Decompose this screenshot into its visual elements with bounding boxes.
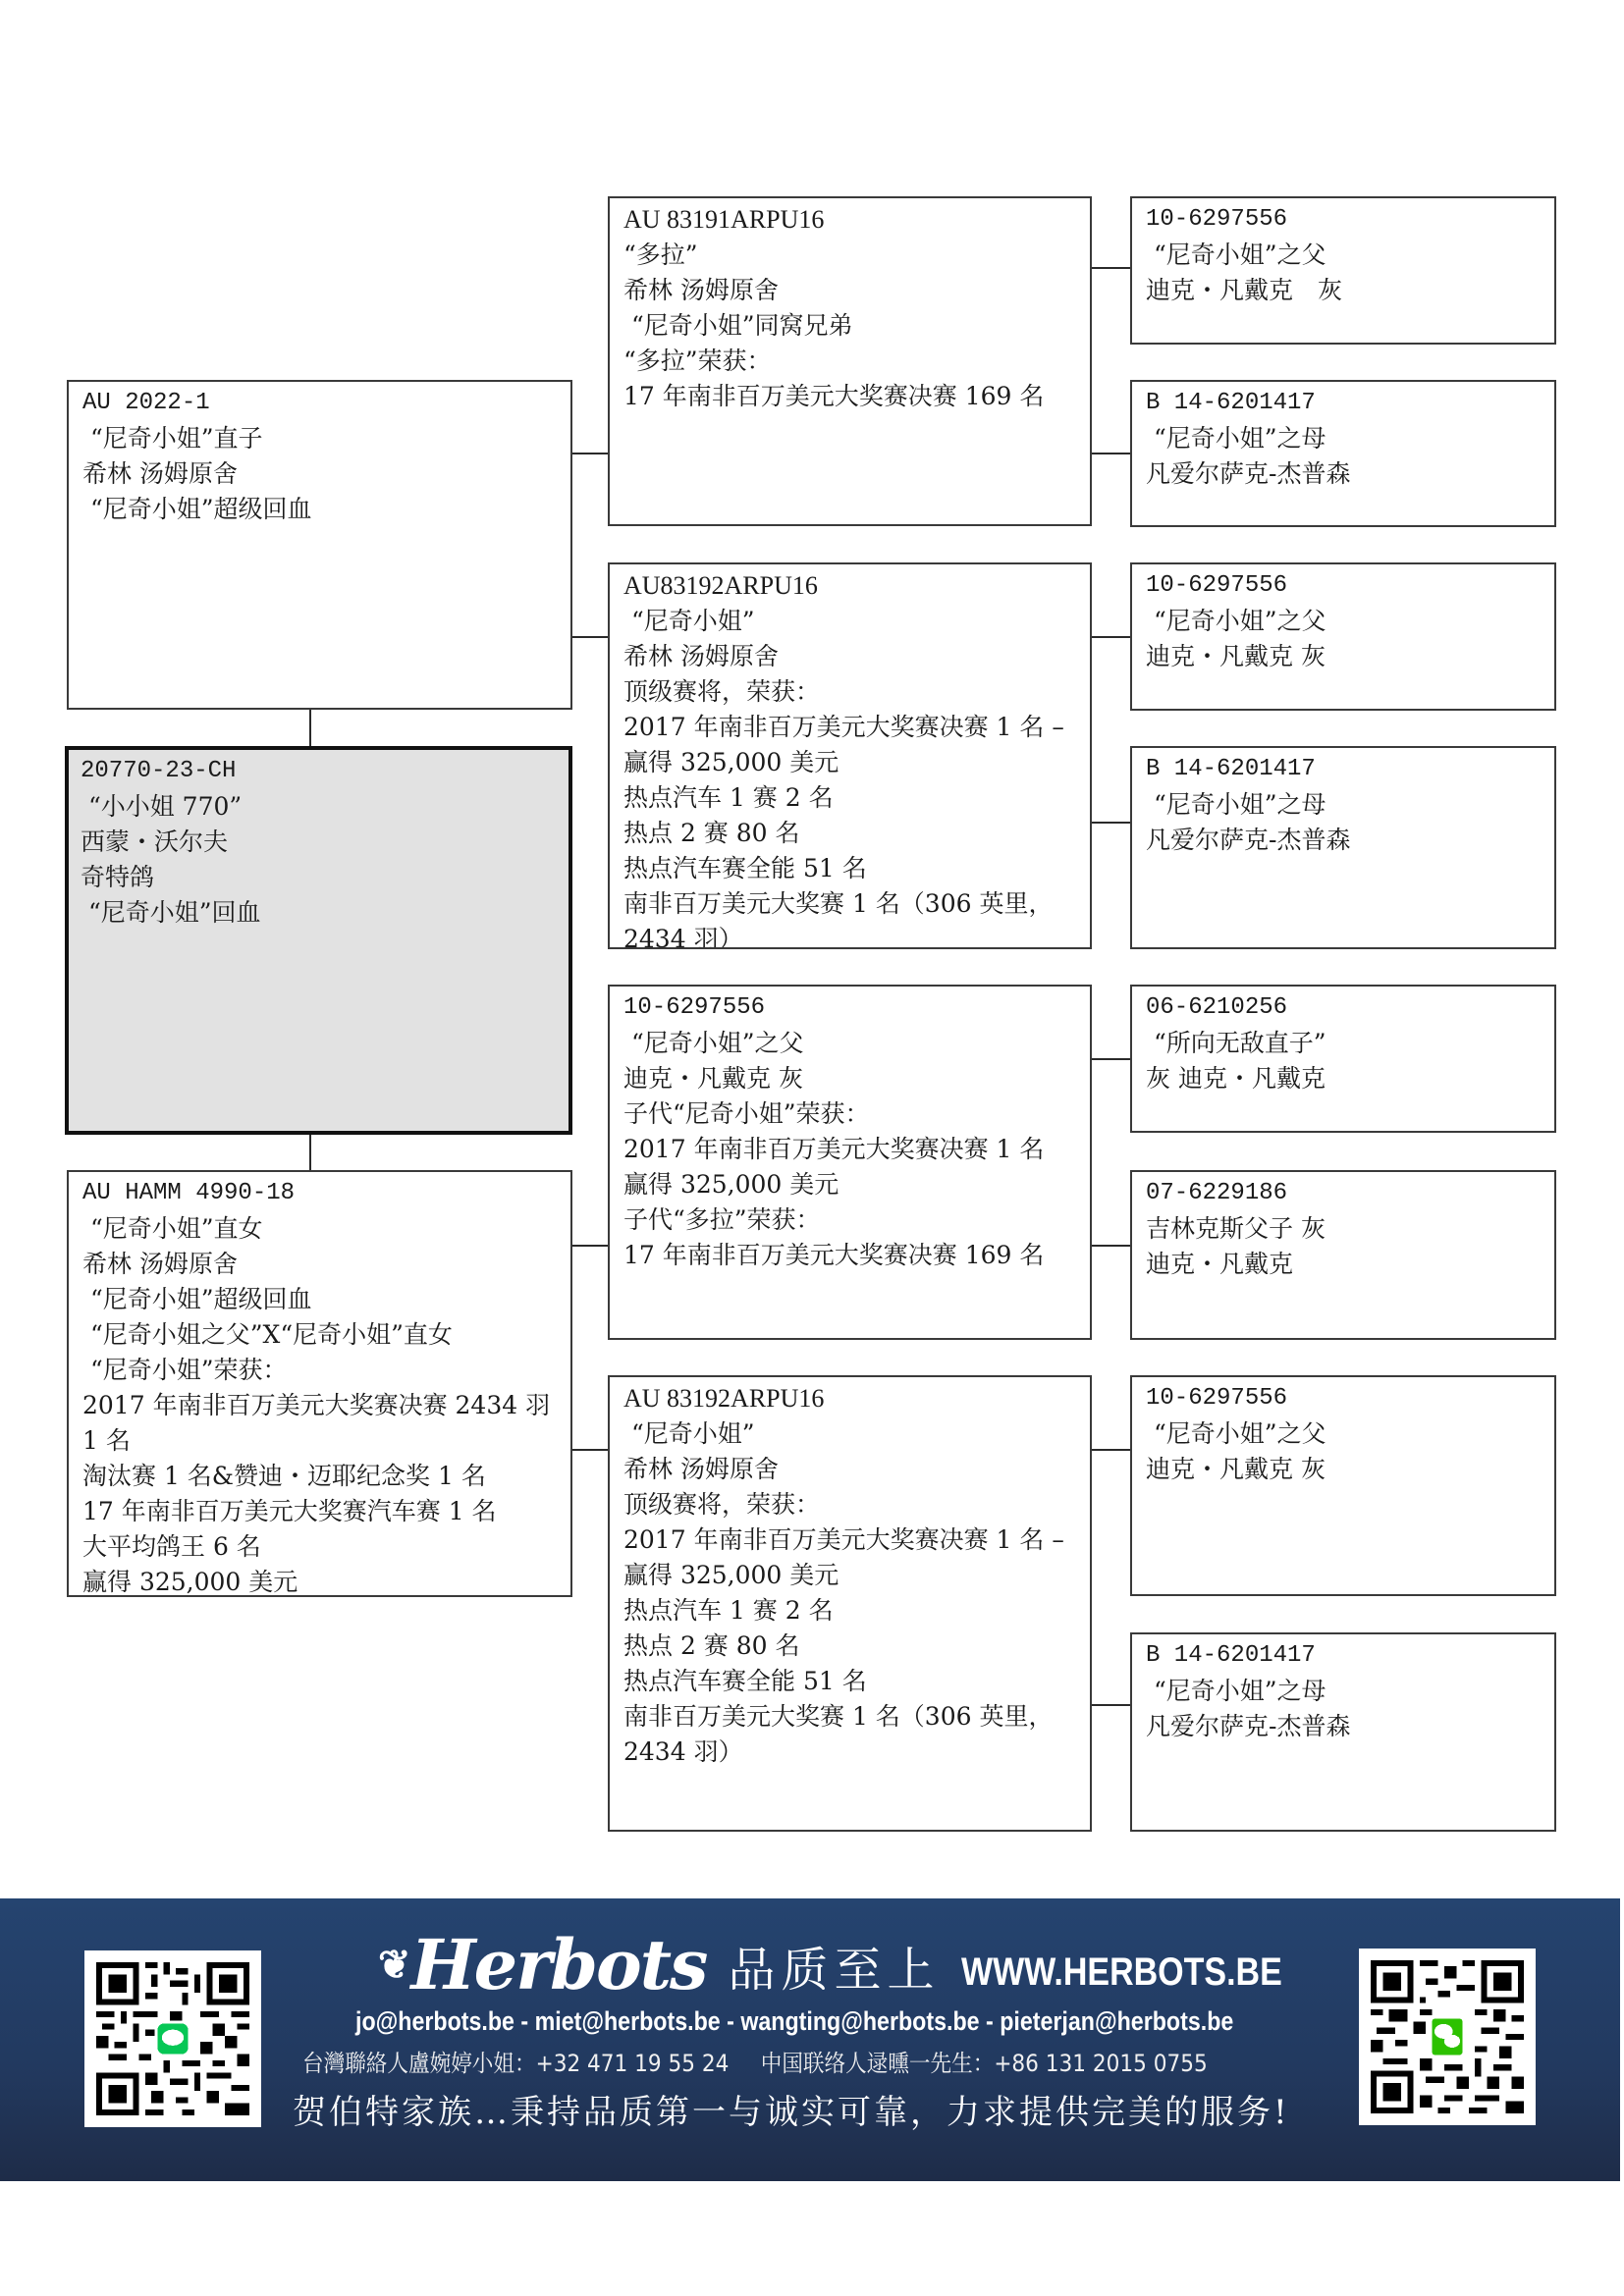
card-line: 迪克・凡戴克 灰 — [1146, 1452, 1554, 1487]
card-line: 子代“尼奇小姐”荣获： — [623, 1096, 1090, 1132]
card-line: 顶级赛将，荣获： — [623, 674, 1090, 710]
ring-number: B 14-6201417 — [1146, 752, 1554, 787]
card-line: “所向无敌直子” — [1146, 1026, 1554, 1061]
card-line: 热点汽车 1 赛 2 名 — [623, 780, 1090, 816]
connector-sire-subject — [309, 709, 311, 748]
ring-number: 06-6210256 — [1146, 990, 1554, 1026]
dam-ring-number: AU HAMM 4990-18 — [82, 1176, 570, 1211]
slogan: 品质至上 — [728, 1936, 940, 2004]
sire-line: 希林 汤姆原舍 — [82, 456, 570, 492]
card-line: “尼奇小姐”之母 — [1146, 421, 1554, 456]
ring-number: 10-6297556 — [1146, 202, 1554, 238]
card-line: 凡爱尔萨克-杰普森 — [1146, 456, 1554, 492]
connector-g2-3-g3-5 — [1090, 1058, 1131, 1060]
ring-number: B 14-6201417 — [1146, 1638, 1554, 1674]
contact-row: 台灣聯絡人盧婉婷小姐：+32 471 19 55 24 中国联络人逯曛一先生：+… — [302, 2044, 1208, 2078]
contact-china: 中国联络人逯曛一先生：+86 131 2015 0755 — [761, 2044, 1208, 2078]
sire-line: “尼奇小姐”超级回血 — [82, 492, 570, 527]
herbots-logo[interactable]: ❦ Herbots — [378, 1926, 706, 2004]
card-line: 2017 年南非百万美元大奖赛决赛 1 名 – 赢得 325,000 美元 — [623, 710, 1090, 780]
qr-pattern-icon — [96, 1962, 249, 2115]
dam-line: 希林 汤姆原舍 — [82, 1247, 570, 1282]
g3-card-1: 10-6297556 “尼奇小姐”之父 迪克・凡戴克 灰 — [1130, 196, 1556, 345]
logo-text: Herbots — [411, 1926, 707, 2004]
sire-dam-card: AU83192ARPU16 “尼奇小姐” 希林 汤姆原舍 顶级赛将，荣获： 20… — [608, 562, 1092, 949]
card-line: “尼奇小姐”之父 — [1146, 238, 1554, 273]
card-line: “尼奇小姐”同窝兄弟 — [623, 308, 1090, 344]
dam-line: 淘汰赛 1 名&赞迪・迈耶纪念奖 1 名 — [82, 1459, 570, 1494]
card-line: 迪克・凡戴克 灰 — [1146, 273, 1554, 308]
brand-row: ❦ Herbots 品质至上 WWW.HERBOTS.BE — [378, 1926, 1339, 2004]
card-line: 南非百万美元大奖赛 1 名（306 英里，2434 羽） — [623, 886, 1090, 949]
card-line: “尼奇小姐” — [623, 604, 1090, 639]
card-line: 2017 年南非百万美元大奖赛决赛 1 名 – 赢得 325,000 美元 — [623, 1522, 1090, 1593]
card-line: 热点汽车赛全能 51 名 — [623, 1664, 1090, 1699]
dam-line: 大平均鸽王 6 名 — [82, 1529, 570, 1565]
ring-number: B 14-6201417 — [1146, 386, 1554, 421]
card-line: 南非百万美元大奖赛 1 名（306 英里，2434 羽） — [623, 1699, 1090, 1770]
dam-line: 2017 年南非百万美元大奖赛决赛 2434 羽 1 名 — [82, 1388, 570, 1459]
connector-g2-1-g3-1 — [1090, 267, 1131, 269]
card-line: 灰 迪克・凡戴克 — [1146, 1061, 1554, 1096]
subject-line: “尼奇小姐”回血 — [81, 895, 568, 931]
subject-name: “小小姐 770” — [81, 789, 568, 825]
line-qr-code[interactable] — [84, 1950, 261, 2127]
card-line: “尼奇小姐”之母 — [1146, 787, 1554, 823]
card-line: 17 年南非百万美元大奖赛决赛 169 名 — [623, 1238, 1090, 1273]
dam-line: “尼奇小姐之父”X“尼奇小姐”直女 — [82, 1317, 570, 1353]
qr-pattern-icon — [1371, 1960, 1524, 2113]
g3-card-6: 07-6229186 吉林克斯父子 灰 迪克・凡戴克 — [1130, 1170, 1556, 1340]
ring-number: AU83192ARPU16 — [623, 568, 1090, 604]
g3-card-8: B 14-6201417 “尼奇小姐”之母 凡爱尔萨克-杰普森 — [1130, 1632, 1556, 1832]
ring-number: AU 83191ARPU16 — [623, 202, 1090, 238]
card-line: “多拉”荣获： — [623, 344, 1090, 379]
connector-dam-damsire — [570, 1245, 610, 1247]
card-line: 迪克・凡戴克 灰 — [1146, 639, 1554, 674]
card-line: “尼奇小姐”之父 — [1146, 604, 1554, 639]
card-line: 热点汽车 1 赛 2 名 — [623, 1593, 1090, 1629]
email-list[interactable]: jo@herbots.be - miet@herbots.be - wangti… — [355, 2006, 1233, 2037]
ring-number: 10-6297556 — [1146, 1381, 1554, 1416]
ring-number: 07-6229186 — [1146, 1176, 1554, 1211]
dam-sire-card: 10-6297556 “尼奇小姐”之父 迪克・凡戴克 灰 子代“尼奇小姐”荣获：… — [608, 985, 1092, 1340]
card-line: “尼奇小姐” — [623, 1416, 1090, 1452]
dam-dam-card: AU 83192ARPU16 “尼奇小姐” 希林 汤姆原舍 顶级赛将，荣获： 2… — [608, 1375, 1092, 1832]
connector-g2-4-g3-7 — [1090, 1449, 1131, 1451]
motto: 贺伯特家族…秉持品质第一与诚实可靠，力求提供完美的服务! — [293, 2085, 1290, 2133]
card-line: 迪克・凡戴克 灰 — [623, 1061, 1090, 1096]
subject-card: 20770-23-CH “小小姐 770” 西蒙・沃尔夫 奇特鸽 “尼奇小姐”回… — [65, 746, 572, 1135]
card-line: 凡爱尔萨克-杰普森 — [1146, 1709, 1554, 1744]
subject-line: 奇特鸽 — [81, 860, 568, 895]
connector-subject-dam — [309, 1134, 311, 1172]
footer-banner: ❦ Herbots 品质至上 WWW.HERBOTS.BE jo@herbots… — [0, 1898, 1620, 2181]
subject-line: 西蒙・沃尔夫 — [81, 825, 568, 860]
dam-line: “尼奇小姐”直女 — [82, 1211, 570, 1247]
g3-card-2: B 14-6201417 “尼奇小姐”之母 凡爱尔萨克-杰普森 — [1130, 380, 1556, 527]
card-line: 希林 汤姆原舍 — [623, 639, 1090, 674]
sire-line: “尼奇小姐”直子 — [82, 421, 570, 456]
feather-icon: ❦ — [378, 1926, 409, 2004]
card-line: 凡爱尔萨克-杰普森 — [1146, 823, 1554, 858]
ring-number: 10-6297556 — [1146, 568, 1554, 604]
card-line: “尼奇小姐”之母 — [1146, 1674, 1554, 1709]
card-line: 迪克・凡戴克 — [1146, 1247, 1554, 1282]
card-line: 子代“多拉”荣获： — [623, 1202, 1090, 1238]
sire-card: AU 2022-1 “尼奇小姐”直子 希林 汤姆原舍 “尼奇小姐”超级回血 — [67, 380, 572, 710]
card-line: 希林 汤姆原舍 — [623, 273, 1090, 308]
connector-sire-siresire — [570, 453, 610, 454]
contact-taiwan: 台灣聯絡人盧婉婷小姐：+32 471 19 55 24 — [302, 2044, 729, 2078]
connector-dam-damdam — [570, 1449, 610, 1451]
connector-sire-siredam — [570, 636, 610, 638]
sire-ring-number: AU 2022-1 — [82, 386, 570, 421]
wechat-qr-code[interactable] — [1359, 1949, 1536, 2125]
g3-card-7: 10-6297556 “尼奇小姐”之父 迪克・凡戴克 灰 — [1130, 1375, 1556, 1596]
card-line: “多拉” — [623, 238, 1090, 273]
ring-number: 10-6297556 — [623, 990, 1090, 1026]
connector-g2-1-g3-2 — [1090, 453, 1131, 454]
g3-card-3: 10-6297556 “尼奇小姐”之父 迪克・凡戴克 灰 — [1130, 562, 1556, 711]
dam-line: “尼奇小姐”荣获： — [82, 1353, 570, 1388]
subject-ring-number: 20770-23-CH — [81, 754, 568, 789]
connector-g2-2-g3-3 — [1090, 636, 1131, 638]
website-link[interactable]: WWW.HERBOTS.BE — [961, 1940, 1282, 2004]
card-line: 希林 汤姆原舍 — [623, 1452, 1090, 1487]
card-line: 赢得 325,000 美元 — [623, 1167, 1090, 1202]
connector-g2-2-g3-4 — [1090, 822, 1131, 824]
connector-g2-4-g3-8 — [1090, 1704, 1131, 1706]
dam-line: 17 年南非百万美元大奖赛汽车赛 1 名 — [82, 1494, 570, 1529]
dam-card: AU HAMM 4990-18 “尼奇小姐”直女 希林 汤姆原舍 “尼奇小姐”超… — [67, 1170, 572, 1597]
card-line: 热点汽车赛全能 51 名 — [623, 851, 1090, 886]
dam-line: “尼奇小姐”超级回血 — [82, 1282, 570, 1317]
g3-card-4: B 14-6201417 “尼奇小姐”之母 凡爱尔萨克-杰普森 — [1130, 746, 1556, 949]
card-line: “尼奇小姐”之父 — [623, 1026, 1090, 1061]
sire-sire-card: AU 83191ARPU16 “多拉” 希林 汤姆原舍 “尼奇小姐”同窝兄弟 “… — [608, 196, 1092, 526]
card-line: 2017 年南非百万美元大奖赛决赛 1 名 — [623, 1132, 1090, 1167]
connector-g2-3-g3-6 — [1090, 1245, 1131, 1247]
card-line: 热点 2 赛 80 名 — [623, 816, 1090, 851]
card-line: 吉林克斯父子 灰 — [1146, 1211, 1554, 1247]
card-line: “尼奇小姐”之父 — [1146, 1416, 1554, 1452]
card-line: 热点 2 赛 80 名 — [623, 1629, 1090, 1664]
g3-card-5: 06-6210256 “所向无敌直子” 灰 迪克・凡戴克 — [1130, 985, 1556, 1133]
card-line: 顶级赛将，荣获： — [623, 1487, 1090, 1522]
card-line: 17 年南非百万美元大奖赛决赛 169 名 — [623, 379, 1090, 414]
dam-line: 赢得 325,000 美元 — [82, 1565, 570, 1597]
ring-number: AU 83192ARPU16 — [623, 1381, 1090, 1416]
